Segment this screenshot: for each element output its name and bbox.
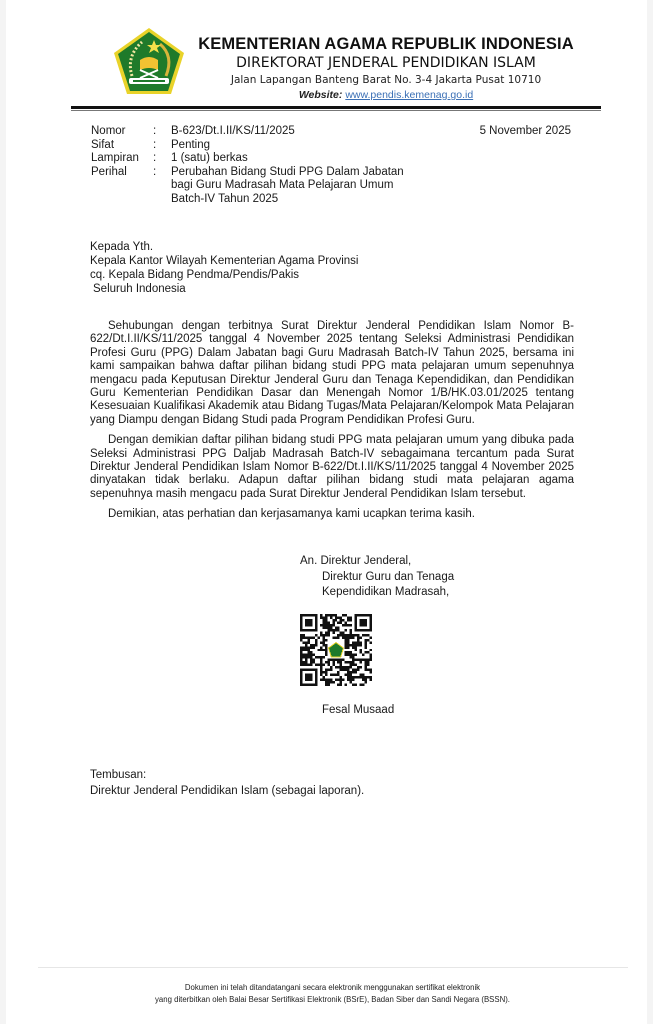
signature-block: An. Direktur Jenderal, Direktur Guru dan… [300,554,454,601]
closing-paragraph: Demikian, atas perhatian dan kerjasamany… [90,508,574,521]
letter-page: KEMENTERIAN AGAMA REPUBLIK INDONESIA DIR… [6,0,647,1024]
cc-item: Direktur Jenderal Pendidikan Islam (seba… [90,783,364,799]
office-address: Jalan Lapangan Banteng Barat No. 3-4 Jak… [186,72,586,88]
ministry-name: KEMENTERIAN AGAMA REPUBLIK INDONESIA [186,34,586,54]
signature-line-1: An. Direktur Jenderal, [300,554,454,570]
e-signature-notice: Dokumen ini telah ditandatangani secara … [66,982,599,1006]
header-divider [71,106,601,109]
recipient-block: Kepada Yth. Kepala Kantor Wilayah Kement… [90,240,358,296]
letter-date: 5 November 2025 [476,125,571,139]
body-paragraph: Sehubungan dengan terbitnya Surat Direkt… [90,320,574,427]
qr-code-icon [300,614,372,686]
meta-row-sifat: Sifat : Penting [91,139,471,153]
letterhead: KEMENTERIAN AGAMA REPUBLIK INDONESIA DIR… [186,34,586,103]
letter-meta: Nomor : B-623/Dt.I.II/KS/11/2025 Sifat :… [91,125,471,206]
meta-row-perihal: Perihal : Perubahan Bidang Studi PPG Dal… [91,166,471,207]
recipient-line: cq. Kepala Bidang Pendma/Pendis/Pakis [90,268,358,282]
body-paragraph: Dengan demikian daftar pilihan bidang st… [90,434,574,501]
signature-line-2: Direktur Guru dan Tenaga [300,570,454,586]
header-divider-thin [71,110,601,111]
kemenag-emblem-icon [112,26,186,96]
signature-line-3: Kependidikan Madrasah, [300,585,454,601]
website-line: Website: www.pendis.kemenag.go.id [186,88,586,103]
letter-body: Sehubungan dengan terbitnya Surat Direkt… [90,320,574,529]
meta-row-lampiran: Lampiran : 1 (satu) berkas [91,152,471,166]
signer-name: Fesal Musaad [322,704,394,716]
meta-row-nomor: Nomor : B-623/Dt.I.II/KS/11/2025 [91,125,471,139]
website-label: Website: [299,89,343,101]
website-link[interactable]: www.pendis.kemenag.go.id [345,89,473,101]
cc-label: Tembusan: [90,767,364,783]
footer-divider [38,967,628,968]
recipient-line: Kepala Kantor Wilayah Kementerian Agama … [90,254,358,268]
carbon-copy: Tembusan: Direktur Jenderal Pendidikan I… [90,767,364,799]
directorate-name: DIREKTORAT JENDERAL PENDIDIKAN ISLAM [186,54,586,72]
recipient-line: Kepada Yth. [90,240,358,254]
recipient-line: Seluruh Indonesia [90,282,358,296]
